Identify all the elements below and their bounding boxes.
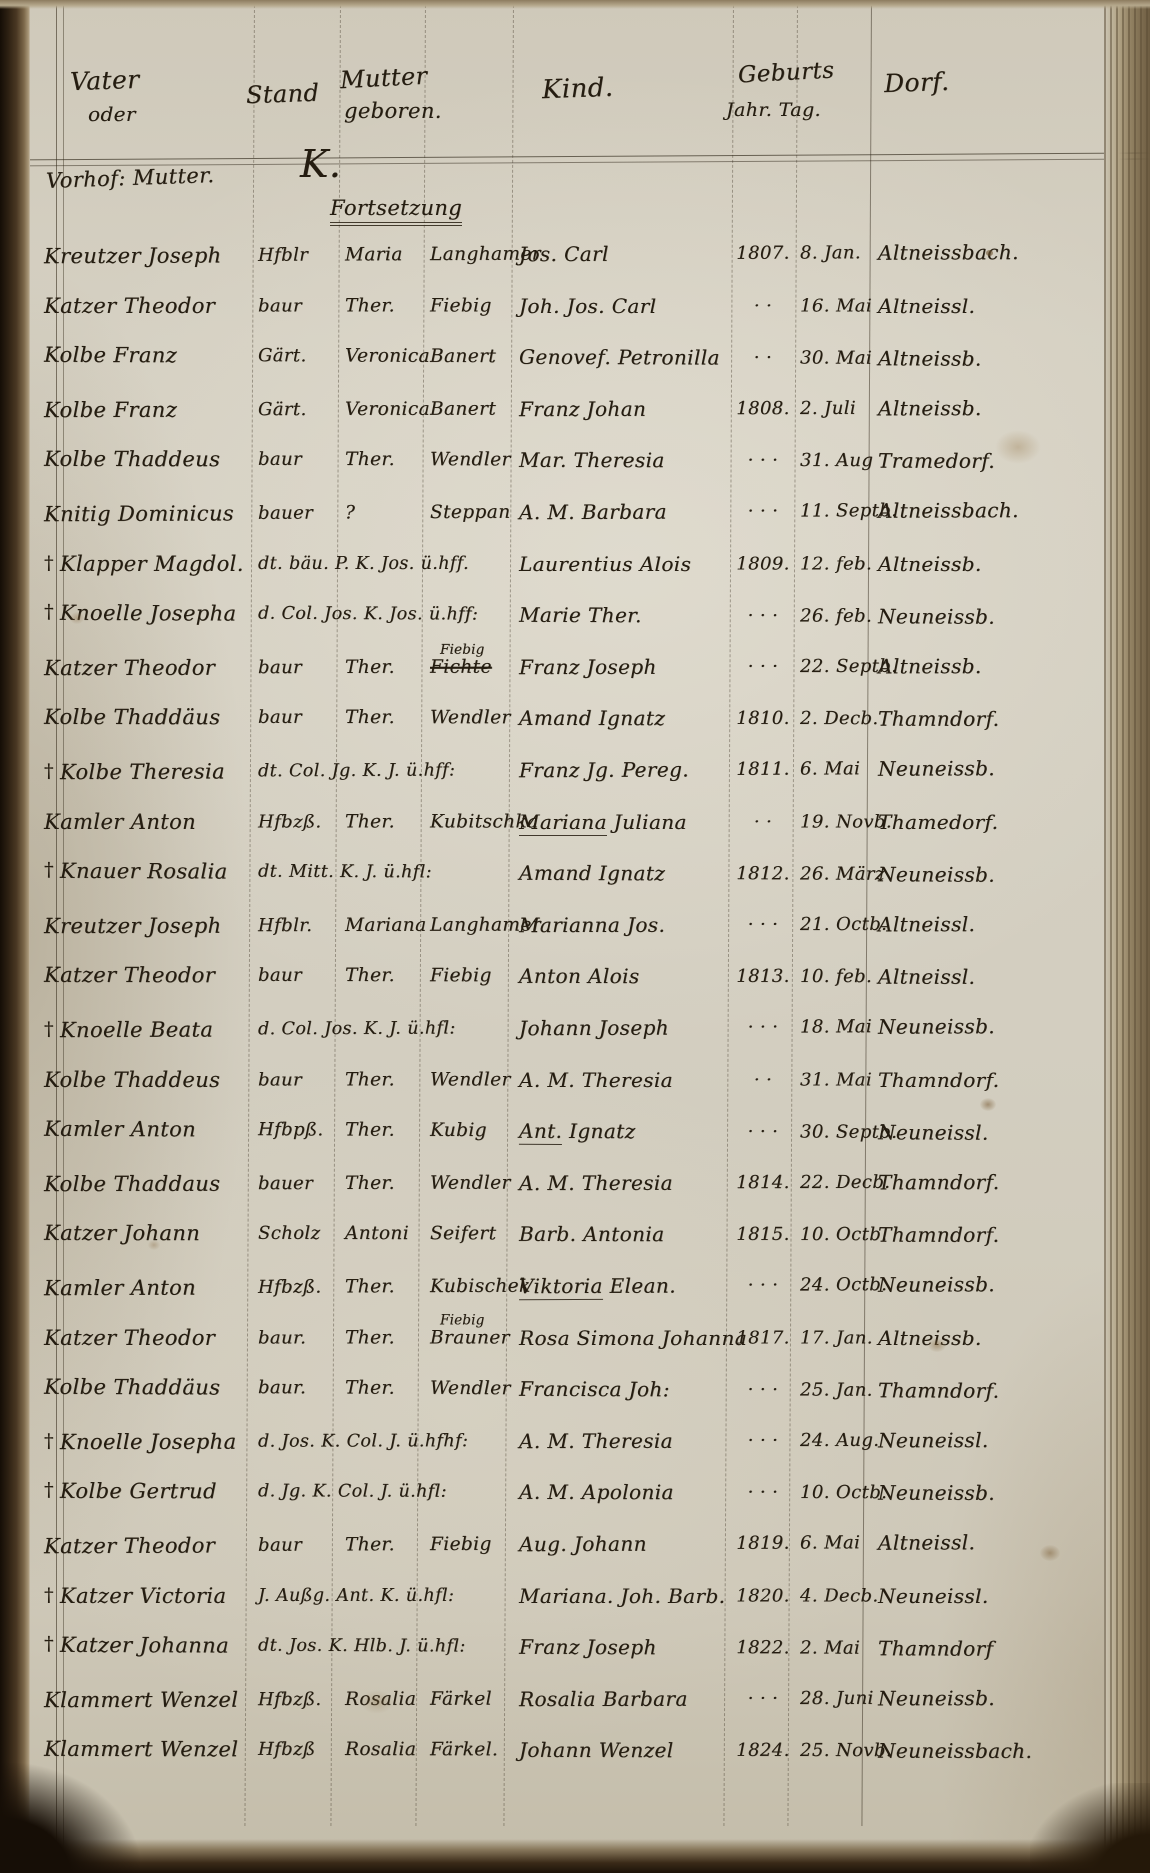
section-letter: K. [300, 142, 341, 186]
child-name: Franz Jg. Pereg. [519, 758, 689, 783]
birth-year: · · · [733, 1275, 793, 1296]
mother-given-name: Mariana [345, 915, 427, 936]
mother-maiden-name: Kubischek [430, 1276, 531, 1297]
child-name: A. M. Theresia [519, 1068, 673, 1092]
register-row: Kolbe Thaddäusbaur.Ther.WendlerFrancisca… [0, 1361, 1150, 1418]
register-row: Katzer TheodorbaurTher.FiebigAnton Alois… [0, 949, 1150, 1003]
village-name: Neuneissb. [878, 1014, 995, 1038]
stand-occupation: baur. [258, 1377, 306, 1398]
child-name-underlined: Ant. [519, 1119, 562, 1145]
mother-given-name: Veronica [345, 399, 430, 420]
birth-year: 1815. [733, 1224, 793, 1245]
register-row: Katzer Theodorbaur.Ther.BraunerFiebigRos… [0, 1312, 1150, 1364]
stand-occupation: Hfbpß. [258, 1119, 324, 1140]
paper-stain [70, 612, 84, 624]
mother-given-name: Ther. [345, 1173, 395, 1194]
register-row: Kolbe ThaddeusbaurTher.WendlerMar. There… [0, 433, 1150, 487]
book-binding [0, 0, 30, 1873]
deceased-cross-mark: † [44, 1430, 54, 1452]
stand-occupation: Scholz [258, 1223, 321, 1244]
birth-day: 24. Aug. [800, 1430, 879, 1451]
mother-maiden-name: Banert [430, 346, 496, 367]
mother-maiden-name: Fiebig [430, 966, 492, 987]
stand-occupation: baur [258, 449, 302, 470]
register-row: †Knoelle Beatad. Col. Jos. K. J. ü.hfl:J… [0, 1000, 1150, 1057]
village-name: Altneissl. [878, 912, 975, 936]
child-name: Marie Ther. [519, 603, 642, 628]
father-name: Kolbe Thaddäus [44, 705, 220, 729]
birth-day: 10. feb. [800, 966, 872, 987]
register-row: Kreutzer JosephHfblrMariaLanghamerJos. C… [0, 226, 1150, 283]
stand-mother-note: dt. Col. Jg. K. J. ü.hff: [258, 761, 455, 782]
child-name: Rosalia Barbara [519, 1687, 688, 1711]
header-vater-line2: oder [88, 102, 136, 126]
mother-maiden-name: Seifert [430, 1224, 496, 1245]
header-kind: Kind. [541, 73, 613, 105]
stand-mother-note: dt. Jos. K. Hlb. J. ü.hfl: [258, 1636, 466, 1657]
father-name: Klammert Wenzel [44, 1688, 238, 1712]
header-dorf: Dorf. [884, 67, 950, 98]
register-row: Katzer TheodorbaurTher.FiebigJoh. Jos. C… [0, 280, 1150, 332]
register-row: Kolbe ThaddeusbaurTher.WendlerA. M. Ther… [0, 1054, 1150, 1106]
birth-year: · · · [733, 1430, 793, 1451]
stand-mother-note: d. Jos. K. Col. J. ü.hfhf: [258, 1431, 468, 1451]
child-name: Laurentius Alois [519, 552, 691, 576]
paper-stain [1040, 1545, 1060, 1561]
stand-occupation: Hfbzß. [258, 1277, 322, 1298]
child-name: Viktoria Elean. [519, 1274, 676, 1299]
birth-day: 31. Aug [800, 450, 873, 471]
stand-mother-note: dt. bäu. P. K. Jos. ü.hff. [258, 554, 469, 574]
birth-year: · · · [733, 914, 793, 935]
birth-year: 1824. [733, 1740, 793, 1761]
register-row: Kamler AntonHfbzß.Ther.KubitschkaMariana… [0, 796, 1150, 848]
birth-year: 1822. [733, 1637, 793, 1658]
village-name: Altneissb. [878, 552, 982, 576]
birth-year: · · · [733, 1017, 793, 1038]
stand-mother-note: J. Außg. Ant. K. ü.hfl: [258, 1586, 454, 1606]
birth-year: 1807. [733, 243, 793, 264]
mother-given-name: Antoni [345, 1223, 409, 1244]
birth-day: 10. Octb. [800, 1224, 887, 1245]
child-name: Johann Joseph [519, 1016, 669, 1041]
stand-occupation: Gärt. [258, 345, 307, 366]
village-name: Neuneissl. [878, 1584, 989, 1608]
father-name: Katzer Theodor [44, 963, 215, 987]
mother-given-name: ? [345, 502, 355, 523]
village-name: Altneissb. [878, 396, 982, 420]
father-name: Klammert Wenzel [44, 1737, 238, 1761]
paper-stain [995, 430, 1041, 464]
mother-maiden-name: FichteFiebig [430, 656, 492, 677]
birth-year: 1808. [733, 398, 793, 419]
child-name: Amand Ignatz [519, 706, 665, 730]
birth-day: 6. Mai [800, 758, 860, 779]
mother-maiden-name: Banert [430, 398, 496, 419]
stand-occupation: baur [258, 1069, 302, 1090]
child-name-underlined: Viktoria [519, 1274, 603, 1300]
register-row: Knitig Dominicusbauer?SteppanA. M. Barba… [0, 484, 1150, 541]
birth-year: · · · [733, 656, 793, 677]
stand-occupation: baur [258, 1535, 302, 1556]
birth-day: 18. Mai [800, 1016, 872, 1037]
village-name: Neuneissb. [878, 756, 995, 780]
village-name: Thamndorf. [878, 1223, 1000, 1247]
mother-maiden-name: Steppan [430, 502, 511, 523]
birth-year: · · [733, 811, 793, 832]
father-name: †Knoelle Josepha [44, 1430, 237, 1454]
mother-given-name: Ther. [345, 1327, 395, 1348]
mother-maiden-name: Wendler [430, 1378, 511, 1399]
register-row: Kolbe ThaddausbauerTher.WendlerA. M. The… [0, 1156, 1150, 1210]
father-name: Katzer Johann [44, 1221, 200, 1245]
stand-occupation: Hfbzß [258, 1739, 315, 1760]
stand-occupation: baur [258, 965, 302, 986]
child-name: Jos. Carl [519, 242, 609, 266]
stand-occupation: baur [258, 295, 302, 316]
child-name: Francisca Joh: [519, 1377, 670, 1402]
deceased-cross-mark: † [44, 760, 54, 782]
village-name: Neuneissl. [878, 1428, 989, 1452]
register-row: Katzer TheodorbaurTher.FichteFiebigFranz… [0, 640, 1150, 694]
birth-year: 1813. [733, 966, 793, 987]
stand-occupation: Hfbzß. [258, 811, 322, 832]
mother-name-correction: Fiebig [440, 1312, 484, 1328]
village-name: Thamndorf. [878, 1170, 1000, 1194]
child-name: A. M. Apolonia [519, 1480, 674, 1504]
village-name: Thamndorf [878, 1636, 994, 1660]
mother-given-name: Ther. [345, 1069, 395, 1090]
birth-day: 16. Mai [800, 295, 872, 316]
child-name: Mariana. Joh. Barb. [519, 1584, 725, 1608]
header-geburts-line2: Jahr. Tag. [726, 99, 821, 121]
stand-mother-note: d. Jg. K. Col. J. ü.hfl: [258, 1482, 447, 1502]
mother-given-name: Ther. [345, 811, 395, 832]
stand-occupation: Gärt. [258, 399, 307, 420]
father-name: Katzer Theodor [44, 1326, 215, 1350]
mother-maiden-name: Wendler [430, 450, 511, 471]
child-name: Rosa Simona Johanna [519, 1326, 747, 1350]
deceased-cross-mark: † [44, 1633, 54, 1655]
header-stand: Stand [246, 79, 320, 110]
paper-stain [986, 250, 993, 256]
child-name: Ant. Ignatz [519, 1119, 636, 1143]
mother-given-name: Rosalia [345, 1739, 416, 1760]
mother-maiden-name: Wendler [430, 1172, 511, 1193]
page-stack-edge [1104, 0, 1150, 1873]
stand-occupation: baur [258, 657, 302, 678]
deceased-cross-mark: † [44, 601, 54, 623]
stand-occupation: baur. [258, 1327, 306, 1348]
register-book-scan: f. f. f. f. Vater oder Stand Mutter gebo… [0, 0, 1150, 1873]
birth-day: 6. Mai [800, 1532, 860, 1553]
village-name: Neuneissb. [878, 604, 995, 628]
village-name: Altneissb. [878, 654, 982, 678]
register-row: Kolbe ThaddäusbaurTher.WendlerAmand Igna… [0, 691, 1150, 745]
mother-maiden-name: Färkel. [430, 1740, 498, 1761]
register-row: †Knoelle Josephad. Col. Jos. K. Jos. ü.h… [0, 587, 1150, 644]
book-corner-shadow [0, 1763, 140, 1873]
father-name: Knitig Dominicus [44, 501, 234, 526]
register-row: Kamler AntonHfbzß.Ther.KubischekViktoria… [0, 1258, 1150, 1315]
register-row: Klammert WenzelHfbzßRosaliaFärkel.Johann… [0, 1723, 1150, 1777]
child-name: Johann Wenzel [519, 1738, 674, 1762]
stand-occupation: Hfbzß. [258, 1689, 322, 1710]
mother-given-name: Ther. [345, 1534, 395, 1555]
paper-stain [980, 1098, 996, 1111]
birth-year: 1814. [733, 1172, 793, 1193]
father-name: Katzer Theodor [44, 294, 215, 318]
stand-occupation: Hfblr. [258, 915, 312, 936]
father-name: Kreutzer Joseph [44, 914, 222, 938]
book-bottom-edge [0, 1839, 1150, 1873]
village-name: Thamndorf. [878, 1068, 999, 1092]
birth-year: · · · [733, 1121, 793, 1142]
child-name: Aug. Johann [519, 1532, 647, 1557]
register-row: †Knoelle Josephad. Jos. K. Col. J. ü.hfh… [0, 1414, 1150, 1468]
register-row: †Klapper Magdol.dt. bäu. P. K. Jos. ü.hf… [0, 538, 1150, 590]
father-name: †Katzer Victoria [44, 1584, 226, 1608]
birth-day: 31. Mai [800, 1069, 872, 1090]
section-subtitle: Fortsetzung [330, 196, 462, 226]
child-name: Genovef. Petronilla [519, 345, 720, 370]
mother-maiden-name: Wendler [430, 1069, 511, 1090]
mother-given-name: Ther. [345, 449, 395, 470]
deceased-cross-mark: † [44, 1479, 54, 1501]
register-row: †Katzer Johannadt. Jos. K. Hlb. J. ü.hfl… [0, 1619, 1150, 1676]
child-name: Barb. Antonia [519, 1222, 665, 1246]
father-name: Kolbe Thaddaus [44, 1172, 220, 1196]
mother-given-name: Ther. [345, 657, 395, 678]
mother-given-name: Ther. [345, 707, 395, 728]
child-name: A. M. Theresia [519, 1171, 673, 1195]
mother-maiden-name: BraunerFiebig [430, 1327, 510, 1348]
father-name: †Katzer Johanna [44, 1633, 229, 1658]
mother-maiden-name: Färkel [430, 1688, 492, 1709]
village-name: Neuneissbach. [878, 1739, 1032, 1763]
birth-year: 1812. [733, 863, 793, 884]
stand-occupation: Hfblr [258, 245, 308, 266]
child-name: A. M. Theresia [519, 1429, 673, 1453]
child-name: Mar. Theresia [519, 448, 665, 472]
mother-given-name: Ther. [345, 965, 395, 986]
village-name: Thamedorf. [878, 810, 998, 834]
village-name: Tramedorf. [878, 449, 995, 473]
birth-year: 1811. [733, 759, 793, 780]
child-name: Franz Joseph [519, 1635, 657, 1660]
child-name-underlined: Mariana [519, 810, 607, 836]
register-row: †Knauer Rosaliadt. Mitt. K. J. ü.hfl:Ama… [0, 845, 1150, 902]
header-mutter-line2: geboren. [344, 99, 442, 123]
paper-stain [148, 1240, 160, 1250]
book-corner-shadow [1030, 1783, 1150, 1873]
stand-mother-note: d. Col. Jos. K. J. ü.hfl: [258, 1018, 456, 1039]
register-row: Klammert WenzelHfbzß.RosaliaFärkelRosali… [0, 1672, 1150, 1726]
mother-given-name: Ther. [345, 295, 395, 316]
father-name: Kolbe Thaddeus [44, 1068, 220, 1092]
deceased-cross-mark: † [44, 552, 54, 574]
birth-year: · · · [733, 1379, 793, 1400]
birth-day: 2. Decb. [800, 708, 879, 729]
stand-occupation: bauer [258, 1173, 313, 1194]
mother-given-name: Ther. [345, 1276, 395, 1297]
mother-given-name: Ther. [345, 1120, 395, 1141]
mother-maiden-name: Fiebig [430, 295, 492, 316]
village-name: Thamndorf. [878, 707, 1000, 731]
birth-day: 25. Jan. [800, 1380, 873, 1401]
register-row: Kolbe FranzGärt.VeronicaBanertGenovef. P… [0, 329, 1150, 386]
paper-stain [360, 1690, 394, 1714]
father-name: †Kolbe Gertrud [44, 1479, 217, 1503]
birth-year: 1809. [733, 553, 793, 574]
birth-year: · · [733, 1069, 793, 1090]
register-row: Kolbe FranzGärt.VeronicaBanertFranz Joha… [0, 382, 1150, 436]
mother-name-correction: Fiebig [440, 641, 485, 657]
father-name: Kamler Anton [44, 810, 196, 834]
father-name: Kolbe Franz [44, 343, 177, 368]
child-name: A. M. Barbara [519, 500, 667, 525]
birth-year: · · · [733, 605, 793, 626]
child-name: Franz Joseph [519, 655, 657, 679]
birth-year: · · · [733, 501, 793, 522]
birth-day: 26. feb. [800, 606, 872, 627]
register-row: †Kolbe Gertrudd. Jg. K. Col. J. ü.hfl:A.… [0, 1465, 1150, 1519]
mother-given-name: Maria [345, 244, 403, 265]
register-row: Kamler AntonHfbpß.Ther.KubigAnt. Ignatz·… [0, 1103, 1150, 1160]
stand-mother-note: d. Col. Jos. K. Jos. ü.hff: [258, 604, 478, 625]
father-name: Katzer Theodor [44, 656, 215, 680]
village-name: Altneissbach. [878, 240, 1019, 265]
deceased-cross-mark: † [44, 1584, 54, 1606]
book-top-edge [0, 0, 1150, 9]
father-name: †Knoelle Beata [44, 1018, 213, 1043]
birth-year: 1817. [733, 1327, 793, 1348]
header-geburts-line1: Geburts [737, 57, 835, 88]
father-name: Kolbe Franz [44, 398, 177, 422]
birth-day: 2. Mai [800, 1638, 860, 1659]
header-vater-line1: Vater [70, 65, 140, 96]
village-name: Altneissl. [878, 1530, 975, 1554]
father-name: Kamler Anton [44, 1276, 196, 1301]
stand-occupation: baur [258, 707, 302, 728]
header-mutter-line1: Mutter [339, 62, 428, 95]
birth-year: · · · [733, 1688, 793, 1709]
father-name: Kolbe Thaddeus [44, 447, 220, 471]
stand-mother-note: dt. Mitt. K. J. ü.hfl: [258, 862, 432, 883]
deceased-cross-mark: † [44, 859, 54, 881]
register-row: Kreutzer JosephHfblr.MarianaLanghamerMar… [0, 898, 1150, 952]
birth-day: 12. feb. [800, 553, 872, 574]
village-name: Neuneissb. [878, 1686, 995, 1710]
village-name: Neuneissb. [878, 1272, 995, 1296]
father-name: †Knauer Rosalia [44, 859, 228, 884]
register-row: Katzer JohannScholzAntoniSeifertBarb. An… [0, 1207, 1150, 1261]
birth-day: 24. Octb. [800, 1274, 887, 1295]
mother-maiden-name: Wendler [430, 708, 511, 729]
village-name: Altneissl. [878, 965, 975, 989]
village-name: Neuneissb. [878, 862, 995, 886]
register-row: †Kolbe Theresiadt. Col. Jg. K. J. ü.hff:… [0, 742, 1150, 799]
birth-day: 22. Decb. [800, 1172, 890, 1193]
birth-day: 28. Juni [800, 1688, 874, 1709]
birth-year: 1810. [733, 708, 793, 729]
birth-year: 1820. [733, 1585, 793, 1606]
child-name: Amand Ignatz [519, 861, 665, 886]
register-row: Katzer TheodorbaurTher.FiebigAug. Johann… [0, 1516, 1150, 1573]
father-name: †Klapper Magdol. [44, 552, 244, 576]
village-name: Neuneissb. [878, 1481, 995, 1505]
mother-given-name: Ther. [345, 1378, 395, 1399]
birth-day: 26. März [800, 864, 885, 885]
village-name: Thamndorf. [878, 1378, 1000, 1403]
village-name: Altneissbach. [878, 498, 1019, 523]
mother-given-name: Veronica [345, 346, 430, 367]
father-name: Kreutzer Joseph [44, 243, 222, 268]
father-name: Kolbe Thaddäus [44, 1375, 220, 1400]
birth-year: · · [733, 295, 793, 316]
birth-day: 8. Jan. [800, 242, 861, 263]
birth-year: · · · [733, 450, 793, 471]
father-name: †Kolbe Theresia [44, 759, 225, 784]
register-row: †Katzer VictoriaJ. Außg. Ant. K. ü.hfl:M… [0, 1570, 1150, 1622]
child-name: Marianna Jos. [519, 913, 665, 937]
village-name: Neuneissl. [878, 1120, 989, 1144]
birth-day: 21. Octb. [800, 914, 887, 935]
birth-day: 17. Jan. [800, 1327, 873, 1348]
father-name: Kamler Anton [44, 1117, 196, 1142]
mother-maiden-name: Fiebig [430, 1534, 492, 1555]
birth-year: · · [733, 347, 793, 368]
birth-year: · · · [733, 1482, 793, 1503]
father-name: Katzer Theodor [44, 1534, 215, 1559]
deceased-cross-mark: † [44, 1018, 54, 1040]
mother-maiden-name: Kubig [430, 1120, 487, 1141]
village-name: Altneissb. [878, 346, 982, 370]
birth-day: 2. Juli [800, 398, 856, 419]
child-name: Mariana Juliana [519, 810, 687, 834]
child-name: Franz Johan [519, 397, 646, 421]
village-name: Altneissl. [878, 294, 975, 318]
birth-year: 1819. [733, 1533, 793, 1554]
birth-day: 30. Mai [800, 348, 872, 369]
stand-occupation: bauer [258, 503, 313, 524]
birth-day: 4. Decb. [800, 1585, 879, 1606]
paper-stain [928, 1338, 946, 1352]
birth-day: 10. Octb. [800, 1482, 887, 1503]
child-name: Anton Alois [519, 964, 640, 988]
child-name: Joh. Jos. Carl [519, 294, 656, 318]
